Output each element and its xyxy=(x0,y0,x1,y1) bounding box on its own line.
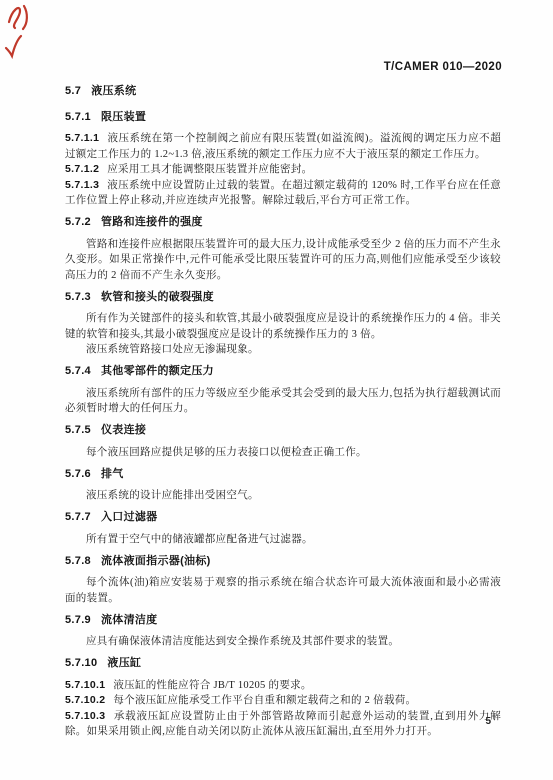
paragraph-5-7-5: 每个液压回路应提供足够的压力表接口以便检查正确工作。 xyxy=(65,445,501,461)
clause-5-7-1-2: 5.7.1.2应采用工具才能调整限压装置并应能密封。 xyxy=(65,162,501,178)
clause-text: 每个液压缸应能承受工作平台自重和额定载荷之和的 2 倍载荷。 xyxy=(113,695,416,706)
standard-number-header: T/CAMER 010—2020 xyxy=(384,61,502,73)
section-title: 管路和连接件的强度 xyxy=(101,216,203,228)
page-number: 5 xyxy=(485,716,491,727)
section-number: 5.7.9 xyxy=(65,614,91,626)
document-page: T/CAMER 010—2020 5.7液压系统 5.7.1限压装置 5.7.1… xyxy=(0,0,553,780)
paragraph-5-7-3b: 液压系统管路接口处应无渗漏现象。 xyxy=(65,342,501,358)
section-heading-5-7-9: 5.7.9流体清洁度 xyxy=(65,613,501,629)
paragraph-5-7-8: 每个流体(油)箱应安装易于观察的指示系统在缩合状态许可最大流体液面和最小必需液面… xyxy=(65,575,501,606)
section-heading-5-7-7: 5.7.7入口过滤器 xyxy=(65,510,501,526)
section-number: 5.7.8 xyxy=(65,555,91,567)
section-heading-5-7-10: 5.7.10液压缸 xyxy=(65,656,501,672)
section-title: 限压装置 xyxy=(101,111,146,123)
section-title: 软管和接头的破裂强度 xyxy=(101,291,214,303)
clause-5-7-10-1: 5.7.10.1液压缸的性能应符合 JB/T 10205 的要求。 xyxy=(65,678,501,694)
section-number: 5.7.1 xyxy=(65,111,91,123)
clause-number: 5.7.10.2 xyxy=(65,694,105,706)
section-number: 5.7.10 xyxy=(65,657,97,669)
section-heading-5-7-2: 5.7.2管路和连接件的强度 xyxy=(65,215,501,231)
section-title: 仪表连接 xyxy=(101,424,146,436)
clause-text: 应采用工具才能调整限压装置并应能密封。 xyxy=(107,164,312,175)
clause-5-7-10-2: 5.7.10.2每个液压缸应能承受工作平台自重和额定载荷之和的 2 倍载荷。 xyxy=(65,693,501,709)
section-number: 5.7 xyxy=(65,85,81,97)
clause-number: 5.7.10.3 xyxy=(65,710,105,722)
section-heading-5-7-1: 5.7.1限压装置 xyxy=(65,110,501,126)
paragraph-5-7-6: 液压系统的设计应能排出受困空气。 xyxy=(65,488,501,504)
clause-text: 承载液压缸应设置防止由于外部管路故障而引起意外运动的装置,直到用外力解除。如果采… xyxy=(65,711,501,738)
section-heading-5-7-5: 5.7.5仪表连接 xyxy=(65,423,501,439)
clause-text: 液压系统中应设置防止过载的装置。在超过额定载荷的 120% 时,工作平台应在任意… xyxy=(65,180,501,207)
section-heading-5-7: 5.7液压系统 xyxy=(65,84,501,100)
clause-number: 5.7.1.2 xyxy=(65,163,99,175)
section-title: 液压缸 xyxy=(107,657,141,669)
section-title: 入口过滤器 xyxy=(101,511,158,523)
paragraph-5-7-2: 管路和连接件应根据限压装置许可的最大压力,设计成能承受至少 2 倍的压力而不产生… xyxy=(65,237,501,284)
section-title: 流体清洁度 xyxy=(101,614,158,626)
section-title: 其他零部件的额定压力 xyxy=(101,365,214,377)
section-number: 5.7.2 xyxy=(65,216,91,228)
section-number: 5.7.3 xyxy=(65,291,91,303)
document-content: 5.7液压系统 5.7.1限压装置 5.7.1.1液压系统在第一个控制阀之前应有… xyxy=(65,84,501,740)
paragraph-5-7-9: 应具有确保液体清洁度能达到安全操作系统及其部件要求的装置。 xyxy=(65,634,501,650)
paragraph-5-7-7: 所有置于空气中的储液罐都应配备进气过滤器。 xyxy=(65,532,501,548)
clause-5-7-10-3: 5.7.10.3承载液压缸应设置防止由于外部管路故障而引起意外运动的装置,直到用… xyxy=(65,709,501,740)
section-title: 液压系统 xyxy=(91,85,136,97)
red-annotation-mark xyxy=(5,2,32,32)
red-annotation-mark xyxy=(3,33,24,60)
clause-number: 5.7.1.3 xyxy=(65,179,99,191)
section-heading-5-7-8: 5.7.8流体液面指示器(油标) xyxy=(65,554,501,570)
section-number: 5.7.7 xyxy=(65,511,91,523)
section-heading-5-7-3: 5.7.3软管和接头的破裂强度 xyxy=(65,290,501,306)
section-title: 流体液面指示器(油标) xyxy=(101,555,211,567)
clause-5-7-1-3: 5.7.1.3液压系统中应设置防止过载的装置。在超过额定载荷的 120% 时,工… xyxy=(65,178,501,209)
section-number: 5.7.6 xyxy=(65,468,91,480)
paragraph-5-7-4: 液压系统所有部件的压力等级应至少能承受其会受到的最大压力,包括为执行超载测试而必… xyxy=(65,386,501,417)
paragraph-5-7-3a: 所有作为关键部件的接头和软管,其最小破裂强度应是设计的系统操作压力的 4 倍。非… xyxy=(65,311,501,342)
clause-number: 5.7.10.1 xyxy=(65,679,105,691)
clause-number: 5.7.1.1 xyxy=(65,132,99,144)
clause-text: 液压缸的性能应符合 JB/T 10205 的要求。 xyxy=(113,680,311,691)
section-number: 5.7.5 xyxy=(65,424,91,436)
clause-5-7-1-1: 5.7.1.1液压系统在第一个控制阀之前应有限压装置(如溢流阀)。溢流阀的调定压… xyxy=(65,131,501,162)
section-heading-5-7-6: 5.7.6排气 xyxy=(65,467,501,483)
section-heading-5-7-4: 5.7.4其他零部件的额定压力 xyxy=(65,364,501,380)
section-number: 5.7.4 xyxy=(65,365,91,377)
clause-text: 液压系统在第一个控制阀之前应有限压装置(如溢流阀)。溢流阀的调定压力应不超过额定… xyxy=(65,133,501,160)
section-title: 排气 xyxy=(101,468,124,480)
